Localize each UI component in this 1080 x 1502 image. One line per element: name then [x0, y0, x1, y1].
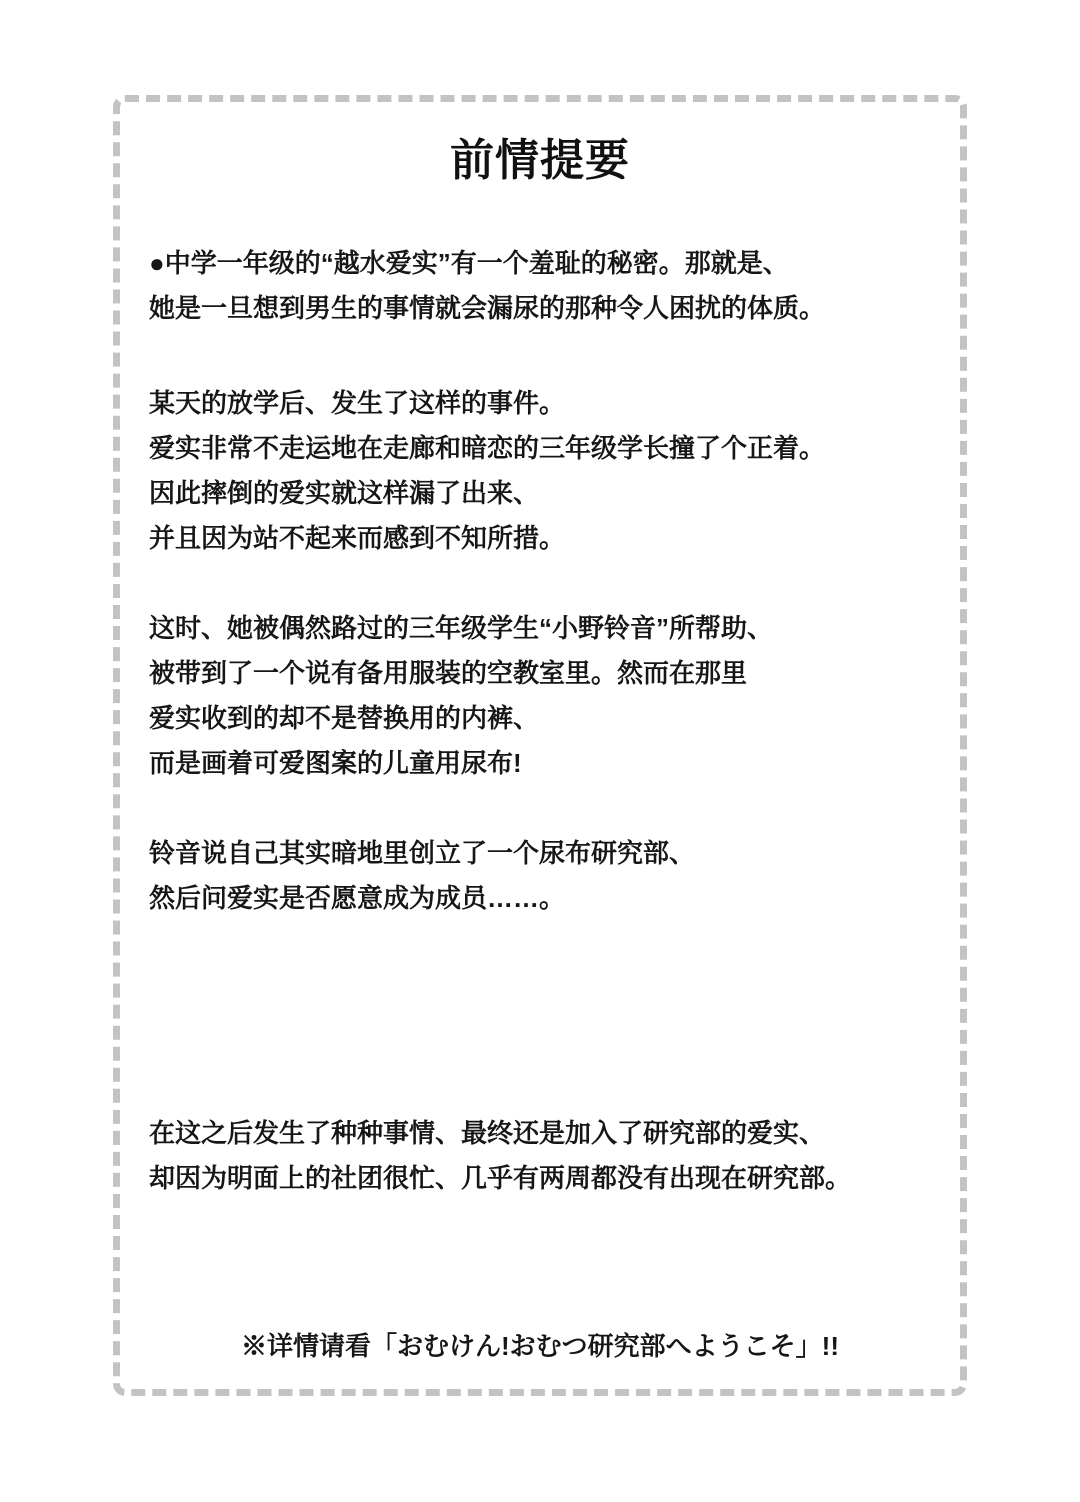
paragraph-secret-intro: ●中学一年级的“越水爱实”有一个羞耻的秘密。那就是、 她是一旦想到男生的事情就会… [120, 241, 960, 331]
text-line: 某天的放学后、发生了这样的事件。 [149, 381, 940, 426]
recap-page: 前情提要 ●中学一年级的“越水爱实”有一个羞耻的秘密。那就是、 她是一旦想到男生… [0, 0, 1080, 1502]
text-line: 却因为明面上的社团很忙、几乎有两周都没有出现在研究部。 [149, 1156, 940, 1201]
page-title: 前情提要 [120, 138, 960, 184]
footnote-reference: ※详情请看「おむけん!おむつ研究部へようこそ」!! [120, 1324, 960, 1369]
paragraph-aftermath: 在这之后发生了种种事情、最终还是加入了研究部的爱实、 却因为明面上的社团很忙、几… [120, 1111, 960, 1201]
dashed-border-frame: 前情提要 ●中学一年级的“越水爱实”有一个羞耻的秘密。那就是、 她是一旦想到男生… [113, 95, 967, 1396]
text-line: 她是一旦想到男生的事情就会漏尿的那种令人困扰的体质。 [149, 286, 940, 331]
text-line: 被带到了一个说有备用服装的空教室里。然而在那里 [149, 651, 940, 696]
paragraph-rescue: 这时、她被偶然路过的三年级学生“小野铃音”所帮助、 被带到了一个说有备用服装的空… [120, 606, 960, 786]
text-line: 这时、她被偶然路过的三年级学生“小野铃音”所帮助、 [149, 606, 940, 651]
text-line: 因此摔倒的爱实就这样漏了出来、 [149, 471, 940, 516]
text-line: 并且因为站不起来而感到不知所措。 [149, 516, 940, 561]
text-line: ●中学一年级的“越水爱实”有一个羞耻的秘密。那就是、 [149, 241, 940, 286]
text-line: 铃音说自己其实暗地里创立了一个尿布研究部、 [149, 831, 940, 876]
text-line: 爱实收到的却不是替换用的内裤、 [149, 696, 940, 741]
text-line: 而是画着可爱图案的儿童用尿布! [149, 741, 940, 786]
text-line: 爱实非常不走运地在走廊和暗恋的三年级学长撞了个正着。 [149, 426, 940, 471]
paragraph-club-invitation: 铃音说自己其实暗地里创立了一个尿布研究部、 然后问爱实是否愿意成为成员……。 [120, 831, 960, 921]
text-line: 然后问爱实是否愿意成为成员……。 [149, 876, 940, 921]
text-line: 在这之后发生了种种事情、最终还是加入了研究部的爱实、 [149, 1111, 940, 1156]
paragraph-hallway-incident: 某天的放学后、发生了这样的事件。 爱实非常不走运地在走廊和暗恋的三年级学长撞了个… [120, 381, 960, 561]
